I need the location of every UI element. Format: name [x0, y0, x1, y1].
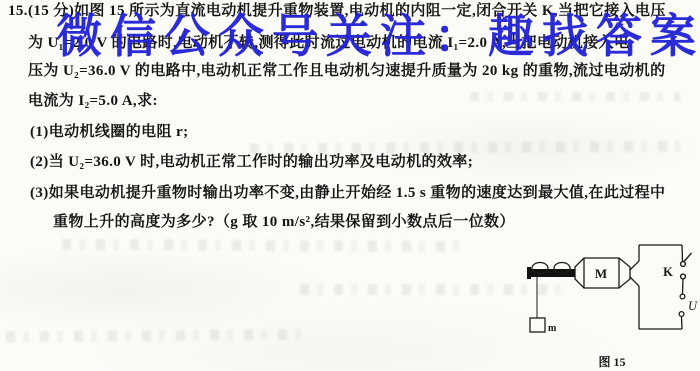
- motor-label: M: [595, 266, 607, 281]
- figure-caption: 图 15: [598, 355, 625, 369]
- question-2: (2)当 U₂=36.0 V 时,电动机正常工作时的输出功率及电动机的效率;: [30, 153, 473, 171]
- watermark-text: 微信公众号关注：趣找答案: [56, 11, 700, 63]
- scan-smudge: [6, 329, 306, 343]
- exam-page: 15.(15 分)如图 15 所示为直流电动机提升重物装置,电动机的内阻一定,闭…: [0, 0, 700, 371]
- weight-block: [530, 318, 545, 332]
- question-1: (1)电动机线圈的电阻 r;: [30, 123, 189, 141]
- circuit-diagram: M m K U 图 15: [450, 230, 700, 371]
- problem-line-4: 电流为 I₂=5.0 A,求:: [28, 92, 158, 110]
- weight-label: m: [548, 323, 557, 334]
- source-label: U: [688, 299, 698, 313]
- switch-label: K: [663, 265, 673, 279]
- scan-smudge: [62, 239, 462, 252]
- source-terminals: [679, 294, 685, 316]
- problem-line-3: 压为 U₂=36.0 V 的电路中,电动机正常工作且电动机匀速提升质量为 20 …: [28, 62, 665, 80]
- circuit-wires: [639, 245, 683, 329]
- question-3: (3)如果电动机提升重物时输出功率不变,由静止开始经 1.5 s 重物的速度达到…: [30, 184, 665, 202]
- scan-smudge: [470, 92, 680, 101]
- scan-smudge: [250, 140, 680, 154]
- winch-drum: [527, 263, 575, 280]
- question-3-continued: 重物上升的高度为多少?（g 取 10 m/s²,结果保留到小数点后一位数）: [53, 213, 515, 231]
